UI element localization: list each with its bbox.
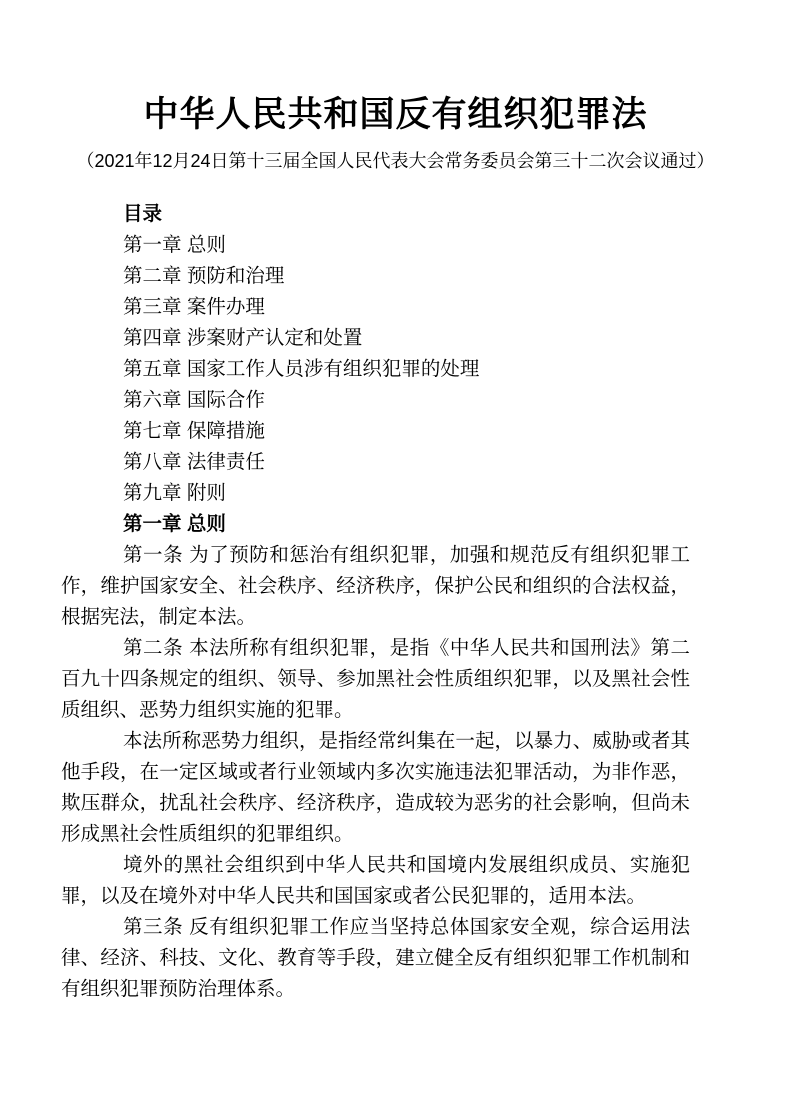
toc-item-chapter-9: 第九章 附则 (61, 478, 690, 509)
body-paragraph-article-2-clause-2: 本法所称恶势力组织，是指经常纠集在一起，以暴力、威胁或者其他手段，在一定区域或者… (61, 726, 690, 850)
toc-heading: 目录 (61, 199, 690, 230)
table-of-contents: 目录 第一章 总则 第二章 预防和治理 第三章 案件办理 第四章 涉案财产认定和… (61, 199, 690, 509)
document-subtitle: （2021年12月24日第十三届全国人民代表大会常务委员会第三十二次会议通过） (0, 148, 791, 174)
body-paragraph-article-1: 第一条 为了预防和惩治有组织犯罪，加强和规范反有组织犯罪工作，维护国家安全、社会… (61, 540, 690, 633)
toc-item-chapter-7: 第七章 保障措施 (61, 416, 690, 447)
toc-item-chapter-5: 第五章 国家工作人员涉有组织犯罪的处理 (61, 354, 690, 385)
toc-item-chapter-2: 第二章 预防和治理 (61, 261, 690, 292)
toc-item-chapter-1: 第一章 总则 (61, 230, 690, 261)
document-content: 目录 第一章 总则 第二章 预防和治理 第三章 案件办理 第四章 涉案财产认定和… (61, 199, 690, 1005)
body-paragraph-article-3: 第三条 反有组织犯罪工作应当坚持总体国家安全观，综合运用法律、经济、科技、文化、… (61, 912, 690, 1005)
toc-item-chapter-6: 第六章 国际合作 (61, 385, 690, 416)
chapter-heading: 第一章 总则 (61, 509, 690, 540)
document-title: 中华人民共和国反有组织犯罪法 (0, 94, 791, 136)
body-paragraph-article-2: 第二条 本法所称有组织犯罪，是指《中华人民共和国刑法》第二百九十四条规定的组织、… (61, 633, 690, 726)
body-paragraph-article-2-clause-3: 境外的黑社会组织到中华人民共和国境内发展组织成员、实施犯罪，以及在境外对中华人民… (61, 850, 690, 912)
toc-item-chapter-4: 第四章 涉案财产认定和处置 (61, 323, 690, 354)
toc-item-chapter-3: 第三章 案件办理 (61, 292, 690, 323)
document-page: 中华人民共和国反有组织犯罪法 （2021年12月24日第十三届全国人民代表大会常… (0, 0, 791, 1119)
toc-item-chapter-8: 第八章 法律责任 (61, 447, 690, 478)
